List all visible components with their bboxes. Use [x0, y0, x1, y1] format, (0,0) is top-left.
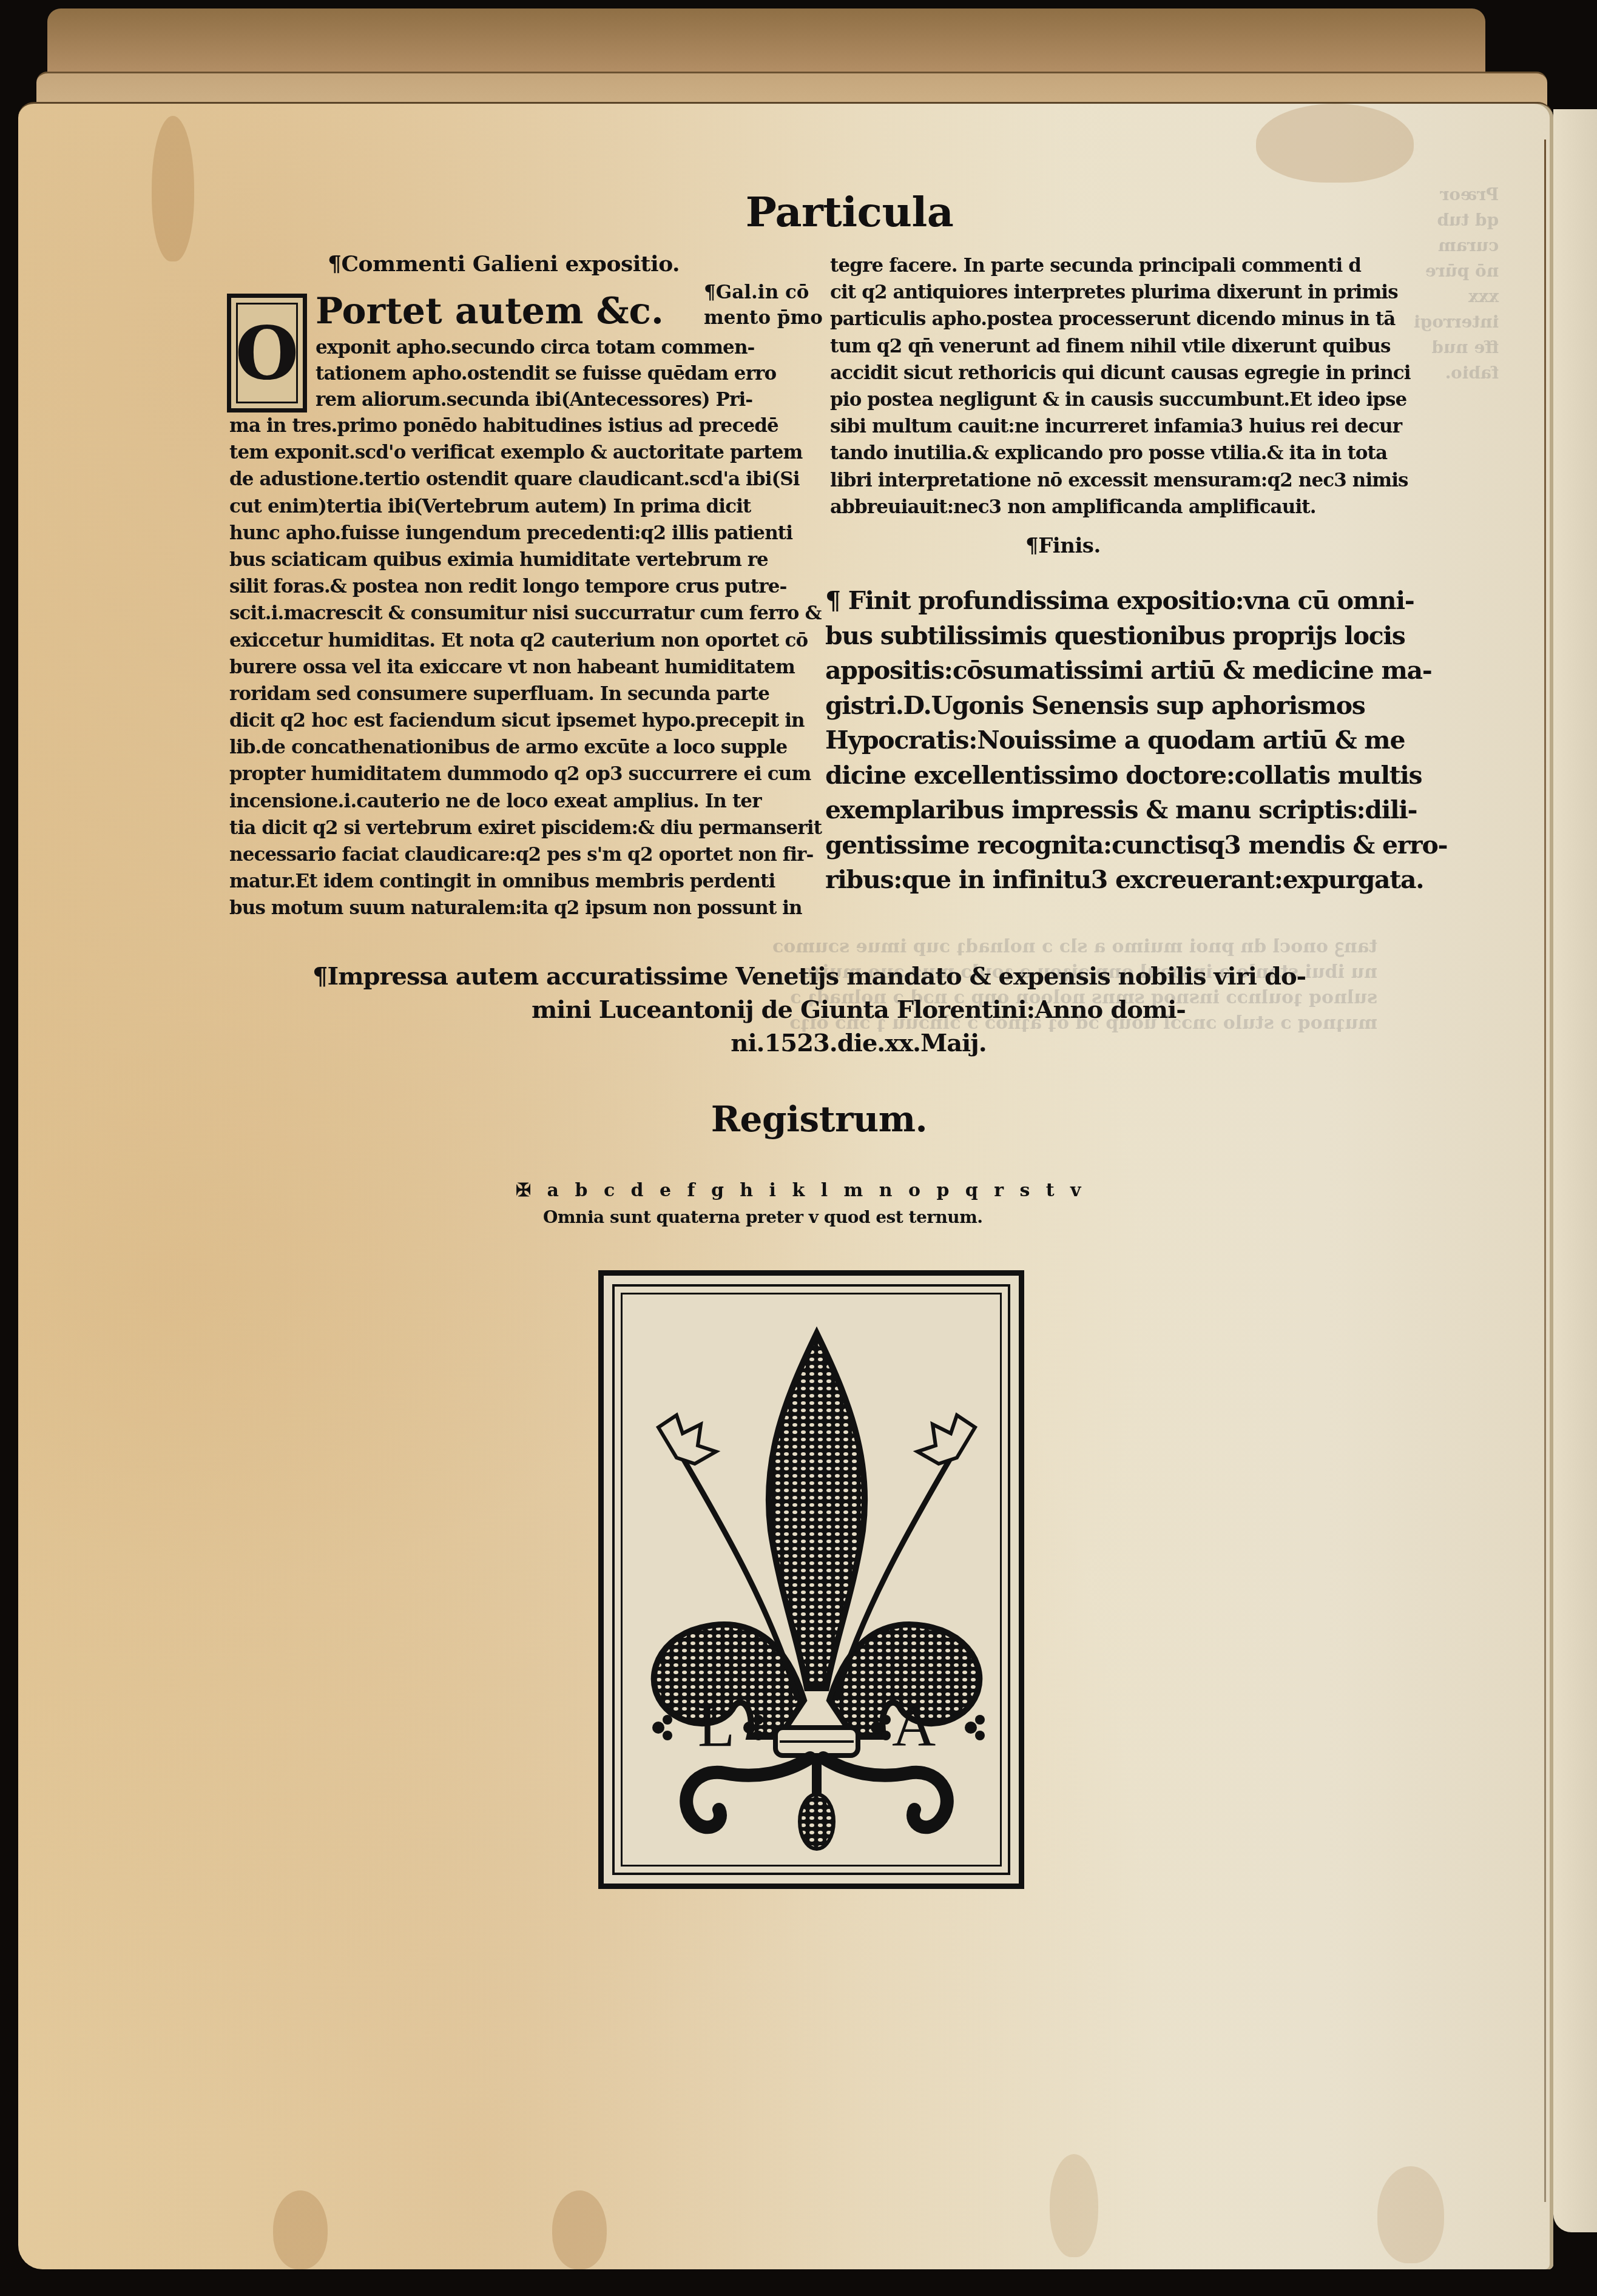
printers-mark-woodcut: L A	[598, 1270, 1024, 1889]
text-line: incensione.i.cauterio ne de loco exeat a…	[229, 788, 812, 815]
printer-initial-right: A	[892, 1692, 936, 1759]
commentary-opening-lines: exponit apho.secundo circa totam commen-…	[316, 335, 776, 413]
text-line: abbreuiauit:nec3 non amplificanda amplif…	[830, 494, 1403, 520]
text-line: burere ossa vel ita exiccare vt non habe…	[229, 654, 812, 681]
water-stain	[1256, 104, 1414, 183]
text-line: appositis:cōsumatissimi artiū & medicine…	[825, 653, 1447, 688]
water-stain	[1050, 2154, 1098, 2257]
text-line: matur.Et idem contingit in omnibus membr…	[229, 868, 812, 895]
text-line: sibi multum cauit:ne incurreret infamia3…	[830, 413, 1403, 440]
text-line: pio postea negligunt & in causis succumb…	[830, 386, 1403, 413]
paragraph-mark-icon: ¶	[1025, 534, 1038, 558]
text-line: tia dicit q2 si vertebrum exiret piscide…	[229, 815, 812, 841]
text-line: ma in tres.primo ponēdo habitudines isti…	[229, 412, 812, 439]
text-line: accidit sicut rethoricis qui dicunt caus…	[830, 360, 1403, 386]
section-heading: ¶Commenti Galieni expositio.	[328, 250, 680, 278]
right-column-text: tegre facere. In parte secunda principal…	[830, 252, 1403, 520]
text-line: tum q2 qn̄ venerunt ad finem nihil vtile…	[830, 333, 1403, 360]
left-column-text: ma in tres.primo ponēdo habitudines isti…	[229, 412, 812, 922]
water-stain	[152, 116, 194, 261]
text-line: hunc apho.fuisse iungendum precedenti:q2…	[229, 520, 812, 547]
text-line: necessario faciat claudicare:q2 pes s'm …	[229, 841, 812, 868]
page-gutter-fold	[1544, 140, 1546, 2202]
text-line: silit foras.& postea non redit longo tem…	[229, 573, 812, 600]
text-line: exiccetur humiditas. Et nota q2 cauteriu…	[229, 627, 812, 654]
water-stain	[552, 2190, 607, 2269]
register-title: Registrum.	[607, 1098, 1031, 1140]
text-line: bus subtilissimis questionibus proprijs …	[825, 619, 1447, 654]
text-line: tando inutilia.& explicando pro posse vt…	[830, 440, 1403, 466]
fleur-de-lis-icon: L A	[604, 1276, 1030, 1894]
text-line: bus sciaticam quibus eximia humiditate v…	[229, 547, 812, 573]
incipit-lemma: Portet autem &c.	[316, 290, 664, 332]
paragraph-mark-icon: ¶	[825, 586, 848, 615]
running-head: Particula	[740, 188, 959, 237]
text-line: cit q2 antiquiores interpretes plurima d…	[830, 279, 1403, 306]
register-signatures: ✠ a b c d e f g h i k l m n o p q r s t …	[516, 1180, 1082, 1201]
text-line: gentissime recognita:cunctisq3 mendis & …	[825, 828, 1447, 863]
text-line: de adustione.tertio ostendit quare claud…	[229, 466, 812, 493]
finis-heading: ¶Finis.	[1025, 534, 1101, 558]
text-line: tegre facere. In parte secunda principal…	[830, 252, 1403, 279]
text-line: exemplaribus impressis & manu scriptis:d…	[825, 793, 1447, 828]
register-note: Omnia sunt quaterna preter v quod est te…	[543, 1207, 983, 1227]
paragraph-mark-icon: ¶	[704, 281, 716, 303]
paragraph-mark-icon: ¶	[328, 251, 341, 277]
colophon: ¶Impressa autem accuratissime Venetijs m…	[306, 960, 1411, 1060]
text-line: mini Luceantonij de Giunta Florentini:An…	[306, 993, 1411, 1026]
text-line: ribus:que in infinitu3 excreuerant:expur…	[825, 863, 1447, 898]
water-stain	[1377, 2166, 1444, 2263]
facing-leaf-edge	[1553, 109, 1597, 2232]
text-line: ni.1523.die.xx.Maij.	[306, 1026, 1411, 1060]
text-line: scit.i.macrescit & consumitur nisi succu…	[229, 600, 812, 627]
incipit-gloss: ¶Gal.in cō mento p̄mo	[704, 279, 823, 331]
text-line: gistri.D.Ugonis Senensis sup aphorismos	[825, 688, 1447, 724]
text-line: dicit q2 hoc est faciendum sicut ipsemet…	[229, 707, 812, 734]
text-line: propter humiditatem dummodo q2 op3 succu…	[229, 761, 812, 787]
show-through-text: Præor qd tub curam nō pūre xxx interrogi…	[1414, 182, 1499, 386]
text-line: lib.de concathenationibus de armo excūte…	[229, 734, 812, 761]
text-line: particulis apho.postea processerunt dice…	[830, 306, 1403, 332]
text-line: dicine excellentissimo doctore:collatis …	[825, 758, 1447, 793]
decorated-initial-letter: O	[236, 303, 298, 403]
printer-initial-left: L	[698, 1692, 735, 1759]
explicit-block: ¶ Finit profundissima expositio:vna cū o…	[825, 584, 1447, 898]
decorated-initial: O	[227, 294, 307, 412]
paragraph-mark-icon: ¶	[312, 962, 327, 991]
text-line: Hypocratis:Nouissime a quodam artiū & me	[825, 723, 1447, 758]
text-line: bus motum suum naturalem:ita q2 ipsum no…	[229, 895, 812, 921]
text-line: tem exponit.scd'o verificat exemplo & au…	[229, 439, 812, 466]
text-line: roridam sed consumere superfluam. In sec…	[229, 681, 812, 707]
water-stain	[273, 2190, 328, 2269]
text-line: cut enim)tertia ibi(Vertebrum autem) In …	[229, 493, 812, 520]
text-line: libri interpretatione nō excessit mensur…	[830, 467, 1403, 494]
